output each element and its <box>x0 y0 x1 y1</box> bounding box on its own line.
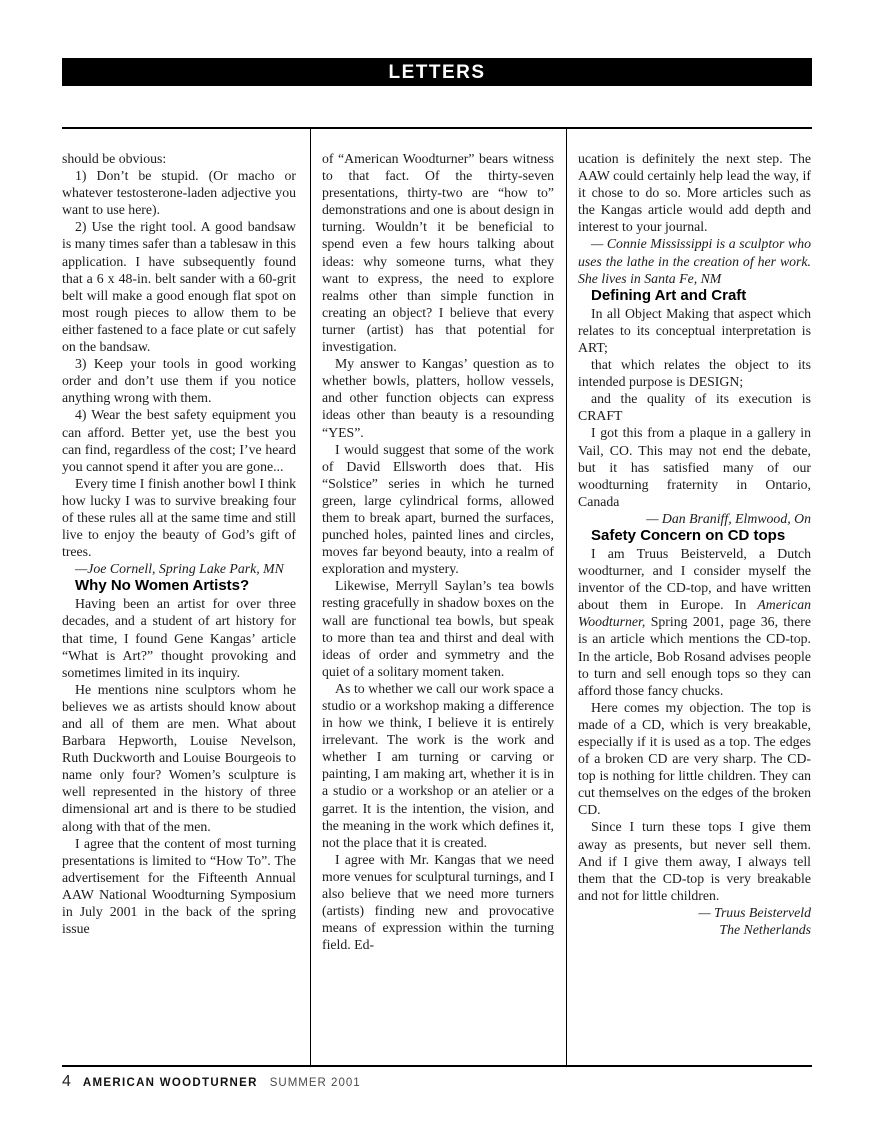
column-divider-1 <box>310 128 311 1066</box>
paragraph: In all Object Making that aspect which r… <box>578 305 811 356</box>
magazine-title: AMERICAN WOODTURNER <box>83 1077 258 1089</box>
column-3: ucation is definitely the next step. The… <box>578 150 811 1062</box>
magazine-page: LETTERS should be obvious: 1) Don’t be s… <box>0 0 876 1133</box>
paragraph: and the quality of its execution is CRAF… <box>578 390 811 424</box>
letter-signature: — Connie Mississippi is a sculptor who u… <box>578 235 811 286</box>
issue-label: SUMMER 2001 <box>270 1077 361 1089</box>
paragraph: My answer to Kangas’ question as to whet… <box>322 355 554 440</box>
paragraph: I agree with Mr. Kangas that we need mor… <box>322 851 554 954</box>
column-1: should be obvious: 1) Don’t be stupid. (… <box>62 150 296 1062</box>
paragraph: Here comes my objection. The top is made… <box>578 699 811 819</box>
letters-banner: LETTERS <box>62 58 812 86</box>
paragraph: Every time I finish another bowl I think… <box>62 475 296 560</box>
paragraph: Likewise, Merryll Saylan’s tea bowls res… <box>322 577 554 680</box>
letter-signature: — Truus Beisterveld <box>578 904 811 921</box>
letter-signature: — Dan Braniff, Elmwood, On <box>578 510 811 527</box>
column-divider-2 <box>566 128 567 1066</box>
letter-signature: —Joe Cornell, Spring Lake Park, MN <box>62 560 296 577</box>
paragraph: I would suggest that some of the work of… <box>322 441 554 578</box>
paragraph: 1) Don’t be stupid. (Or macho or whateve… <box>62 167 296 218</box>
paragraph: Having been an artist for over three dec… <box>62 595 296 680</box>
letter-heading: Safety Concern on CD tops <box>578 527 811 545</box>
paragraph: As to whether we call our work space a s… <box>322 680 554 851</box>
column-2: of “American Woodturner” bears witness t… <box>322 150 554 1062</box>
paragraph: 2) Use the right tool. A good bandsaw is… <box>62 218 296 355</box>
paragraph: should be obvious: <box>62 150 296 167</box>
bottom-rule <box>62 1065 812 1067</box>
letter-heading: Why No Women Artists? <box>62 577 296 595</box>
paragraph: of “American Woodturner” bears witness t… <box>322 150 554 355</box>
letter-signature: The Netherlands <box>578 921 811 938</box>
letters-banner-title: LETTERS <box>388 63 485 82</box>
paragraph: that which relates the object to its int… <box>578 356 811 390</box>
paragraph: Since I turn these tops I give them away… <box>578 818 811 903</box>
paragraph: ucation is definitely the next step. The… <box>578 150 811 235</box>
paragraph: 4) Wear the best safety equipment you ca… <box>62 406 296 474</box>
letter-heading: Defining Art and Craft <box>578 287 811 305</box>
paragraph: I am Truus Beisterveld, a Dutch woodturn… <box>578 545 811 699</box>
paragraph: He mentions nine sculptors whom he belie… <box>62 681 296 835</box>
page-number: 4 <box>62 1073 71 1091</box>
paragraph: I agree that the content of most turning… <box>62 835 296 938</box>
paragraph: I got this from a plaque in a gallery in… <box>578 424 811 509</box>
top-rule <box>62 127 812 129</box>
page-footer: 4 AMERICAN WOODTURNER SUMMER 2001 <box>62 1073 361 1091</box>
paragraph: 3) Keep your tools in good working order… <box>62 355 296 406</box>
